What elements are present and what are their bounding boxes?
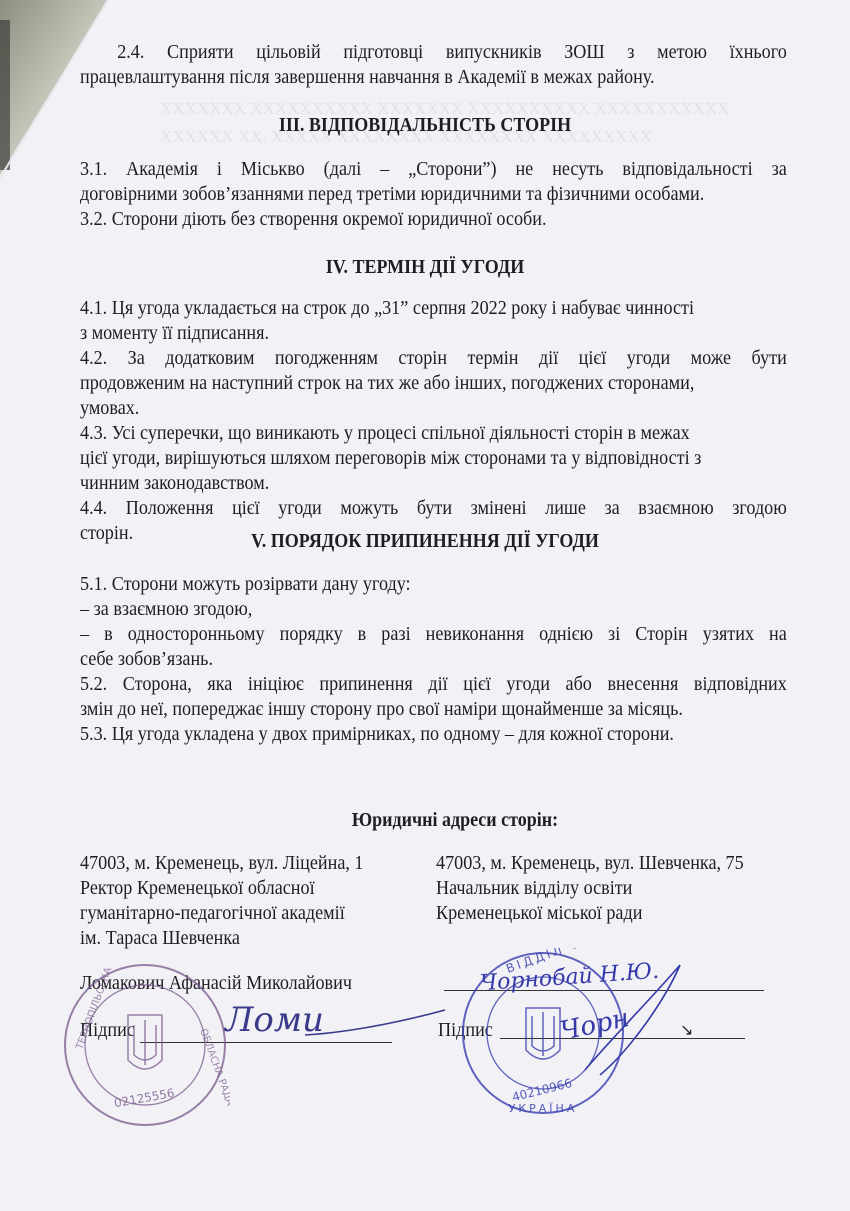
clause-4-2-line3: умовах. [80, 396, 787, 421]
svg-text:УКРАЇНА: УКРАЇНА [509, 1102, 578, 1115]
party-left-address-block: 47003, м. Кременець, вул. Ліцейна, 1 Рек… [80, 851, 364, 951]
clause-5-2-line1: 5.2. Сторона, яка ініціює припинення дії… [80, 672, 787, 697]
clause-4-2-line1: 4.2. За додатковим погодженням сторін те… [80, 346, 787, 371]
clause-4-1-line1: 4.1. Ця угода укладається на строк до „3… [80, 296, 787, 321]
party-left-signature-line [140, 1042, 392, 1043]
clause-3-1-line2: договірними зобов’язаннями перед третіми… [80, 182, 787, 207]
svg-text:02125556: 02125556 [113, 1086, 176, 1110]
clause-3-2: 3.2. Сторони діють без створення окремої… [80, 207, 787, 232]
section-3-body: 3.1. Академія і Міськво (далі – „Сторони… [80, 157, 787, 232]
clause-2-4-line2: працевлаштування після завершення навчан… [80, 65, 787, 90]
stray-mark: ↘ [680, 1020, 693, 1040]
clause-3-1-line1: 3.1. Академія і Міськво (далі – „Сторони… [80, 157, 787, 182]
clause-4-3-line3: чинним законодавством. [80, 471, 787, 496]
document-page: ХХХХХХХ ХХХХХХХХХХ ХХХХХХХ ХХХХХХХХХХ ХХ… [0, 0, 850, 1211]
svg-text:40210966: 40210966 [511, 1076, 574, 1104]
party-right-position-line2: Кременецької міської ради [436, 901, 744, 926]
section-3-title: ІІІ. ВІДПОВІДАЛЬНІСТЬ СТОРІН [43, 112, 808, 138]
party-right-address-block: 47003, м. Кременець, вул. Шевченка, 75 Н… [436, 851, 744, 926]
party-right-signature-label: Підпис [438, 1020, 493, 1042]
section-5-body: 5.1. Сторони можуть розірвати дану угоду… [80, 572, 787, 747]
party-right-signature: Чорн [558, 1003, 632, 1047]
section-4-body: 4.1. Ця угода укладається на строк до „3… [80, 296, 787, 546]
section-4-title: IV. ТЕРМІН ДІЇ УГОДИ [43, 254, 808, 280]
clause-5-1-b-line2: себе зобов’язань. [80, 647, 787, 672]
clause-4-3-line2: цієї угоди, вирішуються шляхом переговор… [80, 446, 787, 471]
party-left-signature: Ломи [225, 1000, 324, 1040]
clause-4-3-line1: 4.3. Усі суперечки, що виникають у проце… [80, 421, 787, 446]
addresses-title: Юридичні адреси сторін: [73, 807, 838, 833]
clause-2-4-line1: 2.4. Сприяти цільовій підготовці випускн… [80, 40, 787, 65]
clause-5-1-a: – за взаємною згодою, [80, 597, 787, 622]
party-left-address: 47003, м. Кременець, вул. Ліцейна, 1 [80, 851, 364, 876]
party-right-address: 47003, м. Кременець, вул. Шевченка, 75 [436, 851, 744, 876]
party-left-position-line1: Ректор Кременецької обласної [80, 876, 364, 901]
clause-4-2-line2: продовженим на наступний строк на тих же… [80, 371, 787, 396]
clause-5-1-b-line1: – в односторонньому порядку в разі невик… [80, 622, 787, 647]
party-right-position-line1: Начальник відділу освіти [436, 876, 744, 901]
party-left-position-line2: гуманітарно-педагогічної академії [80, 901, 364, 926]
clause-2-4: 2.4. Сприяти цільовій підготовці випускн… [80, 40, 787, 90]
clause-5-1: 5.1. Сторони можуть розірвати дану угоду… [80, 572, 787, 597]
clause-4-1-line2: з моменту її підписання. [80, 321, 787, 346]
section-5-title: V. ПОРЯДОК ПРИПИНЕННЯ ДІЇ УГОДИ [43, 528, 808, 554]
clause-4-4-line1: 4.4. Положення цієї угоди можуть бути зм… [80, 496, 787, 521]
clause-5-3: 5.3. Ця угода укладена у двох примірника… [80, 722, 787, 747]
party-right-signature-line [500, 1038, 745, 1039]
party-left-signatory: Ломакович Афанасій Миколайович [80, 973, 352, 995]
party-left-position-line3: ім. Тараса Шевченка [80, 926, 364, 951]
party-left-signature-label: Підпис [80, 1020, 135, 1042]
clause-5-2-line2: змін до неї, попереджає іншу сторону про… [80, 697, 787, 722]
